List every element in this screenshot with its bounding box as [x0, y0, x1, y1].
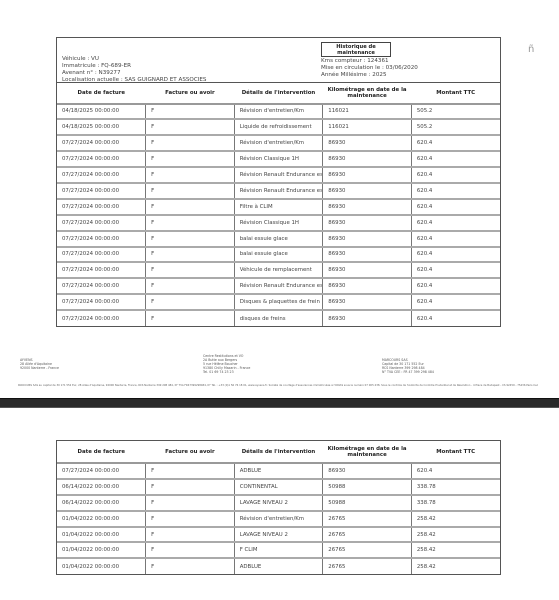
cell-invoice-type: F — [146, 542, 235, 558]
footer-legal-entity: MARCOURS SAS Capital de 30 171 552 Eur R… — [382, 358, 434, 374]
cell-intervention-detail: CONTINENTAL — [234, 479, 323, 495]
cell-invoice-date: 07/27/2024 00:00:00 — [57, 463, 146, 479]
cell-amount: 258.42 — [411, 511, 500, 527]
maintenance-history-page-1: Véhicule : VU Immatricule : FQ-689-ER Av… — [56, 37, 501, 327]
cell-invoice-type: F — [146, 135, 235, 151]
cell-amount: 258.42 — [411, 527, 500, 543]
cell-mileage: 86930 — [323, 231, 412, 247]
cell-intervention-detail: Révision Classique 1H — [234, 151, 323, 167]
cell-invoice-type: F — [146, 247, 235, 263]
cell-invoice-type: F — [146, 278, 235, 294]
col-intervention-details: Détails de l'intervention — [234, 83, 323, 104]
table-row: 07/27/2024 00:00:00FRévision Renault End… — [57, 278, 500, 294]
cell-intervention-detail: balai essuie glace — [234, 231, 323, 247]
page-separator — [0, 398, 559, 408]
cell-invoice-type: F — [146, 199, 235, 215]
cell-amount: 505.2 — [411, 104, 500, 120]
cell-intervention-detail: Véhicule de remplacement — [234, 262, 323, 278]
table-row: 07/27/2024 00:00:00FVéhicule de remplace… — [57, 262, 500, 278]
col-invoice-or-credit: Facture ou avoir — [146, 83, 235, 104]
page-footer: AYVENS 28 Allée d'Aquitaine 92000 Nanter… — [0, 350, 559, 398]
cell-invoice-type: F — [146, 479, 235, 495]
cell-intervention-detail: Disques & plaquettes de frein — [234, 294, 323, 310]
cell-mileage: 86930 — [323, 247, 412, 263]
cell-invoice-date: 07/27/2024 00:00:00 — [57, 151, 146, 167]
table-row: 07/27/2024 00:00:00FRévision Renault End… — [57, 183, 500, 199]
cell-mileage: 86930 — [323, 463, 412, 479]
table-header-row: Date de facture Facture ou avoir Détails… — [57, 441, 500, 463]
cell-intervention-detail: Révision Renault Endurance es — [234, 167, 323, 183]
table-row: 07/27/2024 00:00:00FRévision Renault End… — [57, 167, 500, 183]
odometer-reading: Kms compteur : 124361 — [321, 58, 418, 65]
cell-mileage: 86930 — [323, 167, 412, 183]
cell-amount: 620.4 — [411, 278, 500, 294]
cell-amount: 620.4 — [411, 215, 500, 231]
cell-mileage: 86930 — [323, 135, 412, 151]
col-amount: Montant TTC — [411, 441, 500, 463]
table-row: 04/18/2025 00:00:00FLiquide de refroidis… — [57, 119, 500, 135]
cell-invoice-type: F — [146, 495, 235, 511]
cell-amount: 620.4 — [411, 231, 500, 247]
cell-invoice-date: 07/27/2024 00:00:00 — [57, 310, 146, 326]
table-row: 01/04/2022 00:00:00FADBLUE26765258.42 — [57, 558, 500, 574]
cell-amount: 620.4 — [411, 310, 500, 326]
document-title: Historique de maintenance — [321, 42, 391, 57]
cell-invoice-date: 01/04/2022 00:00:00 — [57, 542, 146, 558]
vehicle-registration: Immatricule : FQ-689-ER — [62, 63, 206, 70]
table-row: 07/27/2024 00:00:00FFiltre à CLIM8693062… — [57, 199, 500, 215]
cell-invoice-type: F — [146, 231, 235, 247]
cell-mileage: 86930 — [323, 183, 412, 199]
footer-company-address: AYVENS 28 Allée d'Aquitaine 92000 Nanter… — [20, 358, 59, 370]
cell-amount: 620.4 — [411, 135, 500, 151]
cell-invoice-type: F — [146, 294, 235, 310]
cell-intervention-detail: Révision Renault Endurance es — [234, 278, 323, 294]
cell-mileage: 26765 — [323, 527, 412, 543]
cell-invoice-date: 07/27/2024 00:00:00 — [57, 247, 146, 263]
model-year: Année Millésime : 2025 — [321, 72, 418, 79]
cell-mileage: 50988 — [323, 479, 412, 495]
cell-invoice-type: F — [146, 167, 235, 183]
vehicle-info: Véhicule : VU Immatricule : FQ-689-ER Av… — [62, 56, 206, 84]
cell-mileage: 86930 — [323, 262, 412, 278]
cell-invoice-date: 01/04/2022 00:00:00 — [57, 527, 146, 543]
cell-intervention-detail: ADBLUE — [234, 558, 323, 574]
cell-invoice-date: 04/18/2025 00:00:00 — [57, 119, 146, 135]
col-invoice-or-credit: Facture ou avoir — [146, 441, 235, 463]
cell-invoice-date: 07/27/2024 00:00:00 — [57, 215, 146, 231]
table-row: 06/14/2022 00:00:00FLAVAGE NIVEAU 250988… — [57, 495, 500, 511]
footer-legal-notice: PARCOURS SAS au capital de 30 171 552 Eu… — [18, 384, 538, 387]
cell-invoice-date: 07/27/2024 00:00:00 — [57, 278, 146, 294]
table-row: 07/27/2024 00:00:00FRévision Classique 1… — [57, 151, 500, 167]
cell-intervention-detail: LAVAGE NIVEAU 2 — [234, 495, 323, 511]
col-invoice-date: Date de facture — [57, 441, 146, 463]
col-mileage: Kilométrage en date de la maintenance — [323, 83, 412, 104]
cell-mileage: 86930 — [323, 278, 412, 294]
cell-amount: 620.4 — [411, 463, 500, 479]
table-header-row: Date de facture Facture ou avoir Détails… — [57, 83, 500, 104]
cell-intervention-detail: Révision d'entretien/Km — [234, 104, 323, 120]
cell-intervention-detail: balai essuie glace — [234, 247, 323, 263]
cell-invoice-date: 07/27/2024 00:00:00 — [57, 294, 146, 310]
table-row: 07/27/2024 00:00:00Fbalai essuie glace86… — [57, 247, 500, 263]
table-row: 07/27/2024 00:00:00Fdisques de freins869… — [57, 310, 500, 326]
cell-amount: 258.42 — [411, 542, 500, 558]
vehicle-amendment: Avenant n° : N39277 — [62, 70, 206, 77]
footer-line: N° TVA CEE : FR 47 399 298 484 — [382, 370, 434, 374]
cell-invoice-date: 07/27/2024 00:00:00 — [57, 167, 146, 183]
registration-date: Mise en circulation le : 03/06/2020 — [321, 65, 418, 72]
cell-intervention-detail: Révision Renault Endurance es — [234, 183, 323, 199]
cell-amount: 505.2 — [411, 119, 500, 135]
cell-invoice-date: 06/14/2022 00:00:00 — [57, 479, 146, 495]
table-row: 01/04/2022 00:00:00FRévision d'entretien… — [57, 511, 500, 527]
cell-invoice-date: 07/27/2024 00:00:00 — [57, 231, 146, 247]
table-row: 07/27/2024 00:00:00Fbalai essuie glace86… — [57, 231, 500, 247]
cell-invoice-date: 06/14/2022 00:00:00 — [57, 495, 146, 511]
cell-amount: 620.4 — [411, 262, 500, 278]
cell-mileage: 86930 — [323, 215, 412, 231]
cell-intervention-detail: Révision d'entretien/Km — [234, 511, 323, 527]
cell-intervention-detail: Révision Classique 1H — [234, 215, 323, 231]
cell-invoice-date: 07/27/2024 00:00:00 — [57, 262, 146, 278]
footer-return-center: Centre Restitutions et VO 2A Butte aux B… — [203, 354, 250, 374]
cell-mileage: 26765 — [323, 558, 412, 574]
table-row: 07/27/2024 00:00:00FRévision Classique 1… — [57, 215, 500, 231]
cell-amount: 258.42 — [411, 558, 500, 574]
handwritten-mark: ñ — [528, 44, 534, 55]
cell-amount: 620.4 — [411, 167, 500, 183]
cell-mileage: 86930 — [323, 310, 412, 326]
cell-mileage: 116021 — [323, 119, 412, 135]
cell-amount: 620.4 — [411, 294, 500, 310]
vehicle-type: Véhicule : VU — [62, 56, 206, 63]
cell-invoice-date: 07/27/2024 00:00:00 — [57, 135, 146, 151]
cell-intervention-detail: Révision d'entretien/Km — [234, 135, 323, 151]
vehicle-location: Localisation actuelle : SAS GUIGNARD ET … — [62, 77, 206, 84]
cell-mileage: 50988 — [323, 495, 412, 511]
cell-amount: 338.78 — [411, 495, 500, 511]
cell-invoice-type: F — [146, 310, 235, 326]
table-row: 07/27/2024 00:00:00FRévision d'entretien… — [57, 135, 500, 151]
table-row: 04/18/2025 00:00:00FRévision d'entretien… — [57, 104, 500, 120]
cell-intervention-detail: Filtre à CLIM — [234, 199, 323, 215]
maintenance-history-page-2: Date de facture Facture ou avoir Détails… — [56, 440, 501, 575]
footer-line: 92000 Nanterre - France — [20, 366, 59, 370]
vehicle-odometer-info: Kms compteur : 124361 Mise en circulatio… — [321, 58, 418, 79]
cell-invoice-type: F — [146, 151, 235, 167]
cell-amount: 620.4 — [411, 199, 500, 215]
cell-amount: 620.4 — [411, 247, 500, 263]
cell-intervention-detail: disques de freins — [234, 310, 323, 326]
footer-line: Tel. 01 69 74 23 23 — [203, 370, 250, 374]
cell-invoice-date: 07/27/2024 00:00:00 — [57, 199, 146, 215]
cell-mileage: 26765 — [323, 542, 412, 558]
table-row: 07/27/2024 00:00:00FADBLUE86930620.4 — [57, 463, 500, 479]
cell-invoice-type: F — [146, 104, 235, 120]
cell-mileage: 116021 — [323, 104, 412, 120]
cell-invoice-type: F — [146, 558, 235, 574]
cell-invoice-type: F — [146, 119, 235, 135]
cell-invoice-type: F — [146, 262, 235, 278]
table-row: 01/04/2022 00:00:00FLAVAGE NIVEAU 226765… — [57, 527, 500, 543]
document-header: Véhicule : VU Immatricule : FQ-689-ER Av… — [57, 38, 500, 82]
table-row: 06/14/2022 00:00:00FCONTINENTAL50988338.… — [57, 479, 500, 495]
table-row: 01/04/2022 00:00:00FF CLIM26765258.42 — [57, 542, 500, 558]
cell-invoice-date: 04/18/2025 00:00:00 — [57, 104, 146, 120]
cell-invoice-type: F — [146, 215, 235, 231]
col-mileage: Kilométrage en date de la maintenance — [323, 441, 412, 463]
cell-mileage: 86930 — [323, 199, 412, 215]
cell-mileage: 86930 — [323, 294, 412, 310]
cell-intervention-detail: Liquide de refroidissement — [234, 119, 323, 135]
maintenance-table: Date de facture Facture ou avoir Détails… — [57, 82, 500, 326]
col-amount: Montant TTC — [411, 83, 500, 104]
col-invoice-date: Date de facture — [57, 83, 146, 104]
table-row: 07/27/2024 00:00:00FDisques & plaquettes… — [57, 294, 500, 310]
cell-invoice-type: F — [146, 463, 235, 479]
cell-intervention-detail: ADBLUE — [234, 463, 323, 479]
cell-invoice-type: F — [146, 511, 235, 527]
cell-invoice-type: F — [146, 527, 235, 543]
cell-invoice-date: 07/27/2024 00:00:00 — [57, 183, 146, 199]
maintenance-table-continued: Date de facture Facture ou avoir Détails… — [57, 441, 500, 574]
cell-invoice-date: 01/04/2022 00:00:00 — [57, 558, 146, 574]
cell-amount: 620.4 — [411, 183, 500, 199]
cell-invoice-type: F — [146, 183, 235, 199]
cell-amount: 338.78 — [411, 479, 500, 495]
cell-intervention-detail: LAVAGE NIVEAU 2 — [234, 527, 323, 543]
cell-invoice-date: 01/04/2022 00:00:00 — [57, 511, 146, 527]
col-intervention-details: Détails de l'intervention — [234, 441, 323, 463]
cell-intervention-detail: F CLIM — [234, 542, 323, 558]
cell-mileage: 26765 — [323, 511, 412, 527]
cell-amount: 620.4 — [411, 151, 500, 167]
cell-mileage: 86930 — [323, 151, 412, 167]
